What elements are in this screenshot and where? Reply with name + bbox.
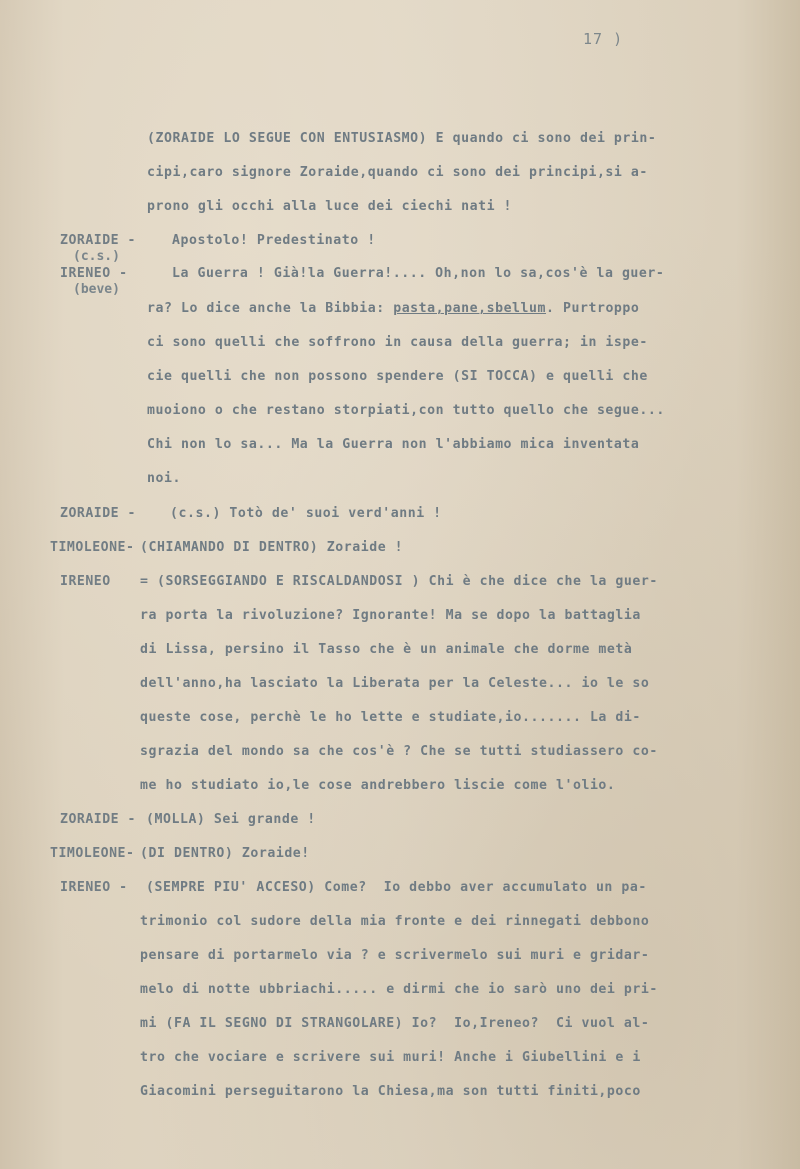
script-line: mi (FA IL SEGNO DI STRANGOLARE) Io? Io,I…	[140, 1016, 649, 1032]
script-line: (SEMPRE PIU' ACCESO) Come? Io debbo aver…	[146, 880, 647, 896]
speaker-name: ZORAIDE -	[60, 812, 136, 828]
script-line: melo di notte ubbriachi..... e dirmi che…	[140, 982, 658, 998]
script-line: (ZORAIDE LO SEGUE CON ENTUSIASMO) E quan…	[147, 131, 656, 147]
speaker-name: TIMOLEONE-	[50, 540, 134, 556]
speaker-name: IRENEO -	[60, 266, 128, 282]
script-line: prono gli occhi alla luce dei ciechi nat…	[147, 199, 512, 215]
script-line: queste cose, perchè le ho lette e studia…	[140, 710, 641, 726]
script-line: ci sono quelli che soffrono in causa del…	[147, 335, 648, 351]
script-line: pensare di portarmelo via ? e scrivermel…	[140, 948, 649, 964]
speaker-name: ZORAIDE -	[60, 233, 136, 249]
speaker-name: IRENEO -	[60, 880, 128, 896]
script-line: ra porta la rivoluzione? Ignorante! Ma s…	[140, 608, 641, 624]
speaker-note: (beve)	[73, 283, 120, 297]
speaker-note: (c.s.)	[73, 250, 120, 264]
script-line: La Guerra ! Già!la Guerra!.... Oh,non lo…	[172, 266, 664, 282]
page-number: 17 )	[583, 30, 623, 48]
script-line: me ho studiato io,le cose andrebbero lis…	[140, 778, 615, 794]
script-line: muoiono o che restano storpiati,con tutt…	[147, 403, 665, 419]
script-line: (MOLLA) Sei grande !	[146, 812, 316, 828]
line-part: . Purtroppo	[546, 301, 639, 316]
underlined-phrase: pasta,pane,sbellum	[393, 301, 546, 316]
script-line: Chi non lo sa... Ma la Guerra non l'abbi…	[147, 437, 639, 453]
line-part: ra? Lo dice anche la Bibbia:	[147, 301, 393, 316]
script-line: (CHIAMANDO DI DENTRO) Zoraide !	[140, 540, 403, 556]
script-line: dell'anno,ha lasciato la Liberata per la…	[140, 676, 649, 692]
script-line: di Lissa, persino il Tasso che è un anim…	[140, 642, 632, 658]
speaker-name: ZORAIDE -	[60, 506, 136, 522]
script-line: trimonio col sudore della mia fronte e d…	[140, 914, 649, 930]
script-line: tro che vociare e scrivere sui muri! Anc…	[140, 1050, 641, 1066]
script-line: (c.s.) Totò de' suoi verd'anni !	[170, 506, 442, 522]
script-line: sgrazia del mondo sa che cos'è ? Che se …	[140, 744, 658, 760]
script-line: cipi,caro signore Zoraide,quando ci sono…	[147, 165, 648, 181]
script-line: noi.	[147, 471, 181, 487]
script-line: Giacomini perseguitarono la Chiesa,ma so…	[140, 1084, 641, 1100]
speaker-name: TIMOLEONE-	[50, 846, 134, 862]
script-line: (DI DENTRO) Zoraide!	[140, 846, 310, 862]
script-line: Apostolo! Predestinato !	[172, 233, 376, 249]
typewritten-page: 17 ) (ZORAIDE LO SEGUE CON ENTUSIASMO) E…	[0, 0, 800, 1169]
speaker-name: IRENEO	[60, 574, 111, 590]
script-line: = (SORSEGGIANDO E RISCALDANDOSI ) Chi è …	[140, 574, 658, 590]
script-line: ra? Lo dice anche la Bibbia: pasta,pane,…	[147, 301, 639, 317]
script-line: cie quelli che non possono spendere (SI …	[147, 369, 648, 385]
